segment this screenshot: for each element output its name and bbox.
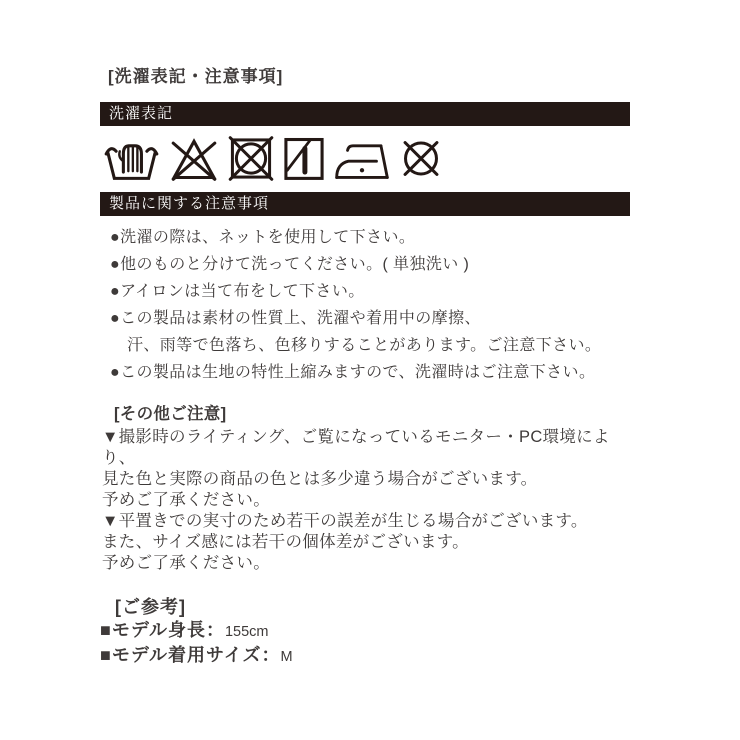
model-size-label: ■モデル着用サイズ： (100, 645, 281, 665)
reference-heading: [ご参考] (115, 596, 640, 619)
do-not-bleach-icon (168, 135, 220, 182)
other-notes-heading: [その他ご注意] (114, 404, 640, 425)
caution-item: ●この製品は素材の性質上、洗濯や着用中の摩擦、 (110, 305, 640, 332)
other-note-line: ▼平置きでの実寸のため若干の誤差が生じる場合がございます。 (102, 511, 640, 532)
other-note-line: 見た色と実際の商品の色とは多少違う場合がございます。 (102, 469, 640, 490)
caution-item: ●この製品は生地の特性上縮みますので、洗濯時はご注意下さい。 (110, 359, 640, 386)
other-note-line: また、サイズ感には若干の個体差がございます。 (102, 532, 640, 553)
product-cautions-list: ●洗濯の際は、ネットを使用して下さい。 ●他のものと分けて洗ってください。( 単… (110, 224, 640, 386)
other-notes-section: [その他ご注意] ▼撮影時のライティング、ご覧になっているモニター・PC環境によ… (102, 404, 640, 574)
hand-wash-icon (103, 135, 160, 182)
model-height-row: ■モデル身長：155cm (100, 619, 640, 644)
caution-item-continuation: 汗、雨等で色落ち、色移りすることがあります。ご注意下さい。 (110, 332, 640, 359)
care-label-heading: 洗濯表記 (109, 105, 173, 122)
product-cautions-heading: 製品に関する注意事項 (109, 195, 269, 212)
product-cautions-heading-bar: 製品に関する注意事項 (100, 192, 630, 216)
page-title: [洗濯表記・注意事項] (108, 66, 640, 88)
iron-low-heat-icon (334, 135, 390, 182)
other-note-line: ▼撮影時のライティング、ご覧になっているモニター・PC環境により、 (102, 427, 640, 469)
do-not-dry-clean-icon (398, 135, 444, 182)
model-height-value: 155cm (225, 624, 269, 640)
other-note-line: 予めご了承ください。 (102, 553, 640, 574)
model-height-label: ■モデル身長： (100, 620, 225, 640)
model-size-value: M (281, 649, 293, 665)
care-label-heading-bar: 洗濯表記 (100, 102, 630, 126)
do-not-tumble-dry-icon (228, 135, 274, 182)
reference-section: [ご参考] ■モデル身長：155cm ■モデル着用サイズ：M (100, 596, 640, 669)
model-size-row: ■モデル着用サイズ：M (100, 644, 640, 669)
care-symbols-row (103, 135, 640, 182)
caution-item: ●洗濯の際は、ネットを使用して下さい。 (110, 224, 640, 251)
caution-item: ●他のものと分けて洗ってください。( 単独洗い ) (110, 251, 640, 278)
line-dry-in-shade-icon (282, 135, 326, 182)
care-instructions-page: [洗濯表記・注意事項] 洗濯表記 (0, 0, 640, 669)
caution-item: ●アイロンは当て布をして下さい。 (110, 278, 640, 305)
other-note-line: 予めご了承ください。 (102, 490, 640, 511)
